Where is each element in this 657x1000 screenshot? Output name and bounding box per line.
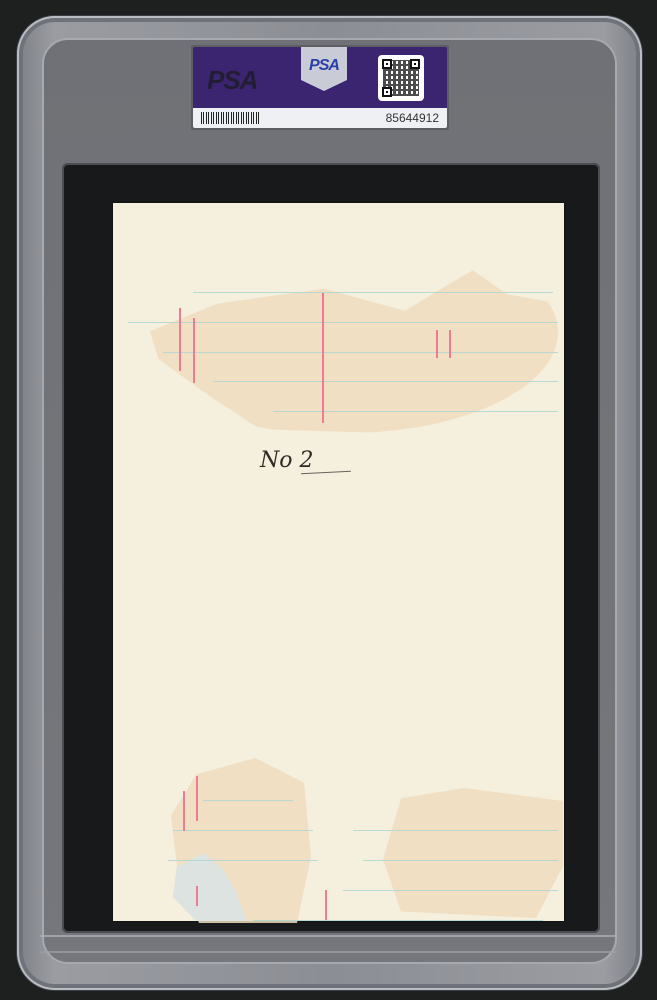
ruled-line	[273, 411, 558, 412]
ruled-margin-line	[196, 886, 198, 906]
qr-finder-top-left	[382, 59, 392, 69]
ruled-line	[213, 381, 558, 382]
ruled-margin-line	[193, 318, 195, 383]
handwritten-notation: No 2	[260, 448, 314, 473]
ruled-line	[163, 352, 558, 353]
ruled-margin-line	[179, 308, 181, 371]
qr-code-icon[interactable]	[378, 55, 424, 101]
cert-number: 85644912	[386, 111, 439, 125]
ruled-margin-line	[196, 776, 198, 821]
ruled-line	[253, 920, 543, 921]
ruled-margin-line	[436, 330, 438, 358]
ruled-line	[173, 830, 313, 831]
ruled-line	[193, 292, 553, 293]
psa-shield-text: PSA	[301, 57, 347, 75]
psa-watermark-logo: PSA	[207, 65, 257, 96]
ruled-line	[353, 830, 558, 831]
qr-finder-bottom-left	[382, 87, 392, 97]
ruled-line	[168, 860, 318, 861]
psa-shield-logo-icon: PSA	[301, 47, 347, 91]
card-back: No 2	[113, 203, 564, 921]
ruled-line	[363, 860, 558, 861]
qr-finder-top-right	[410, 59, 420, 69]
ruled-margin-line	[183, 791, 185, 831]
label-cert-strip: 85644912	[193, 108, 447, 128]
glue-stain-bottom-right	[383, 788, 563, 918]
ruled-line	[203, 800, 293, 801]
ruled-margin-line	[325, 890, 327, 920]
barcode-icon	[201, 112, 261, 124]
glue-stain-top	[133, 248, 558, 433]
ruled-margin-line	[322, 293, 324, 423]
ruled-line	[343, 890, 558, 891]
psa-label: PSA PSA 85644912	[193, 47, 447, 128]
ruled-margin-line	[449, 330, 451, 358]
slab-bottom-ridge	[40, 935, 617, 953]
